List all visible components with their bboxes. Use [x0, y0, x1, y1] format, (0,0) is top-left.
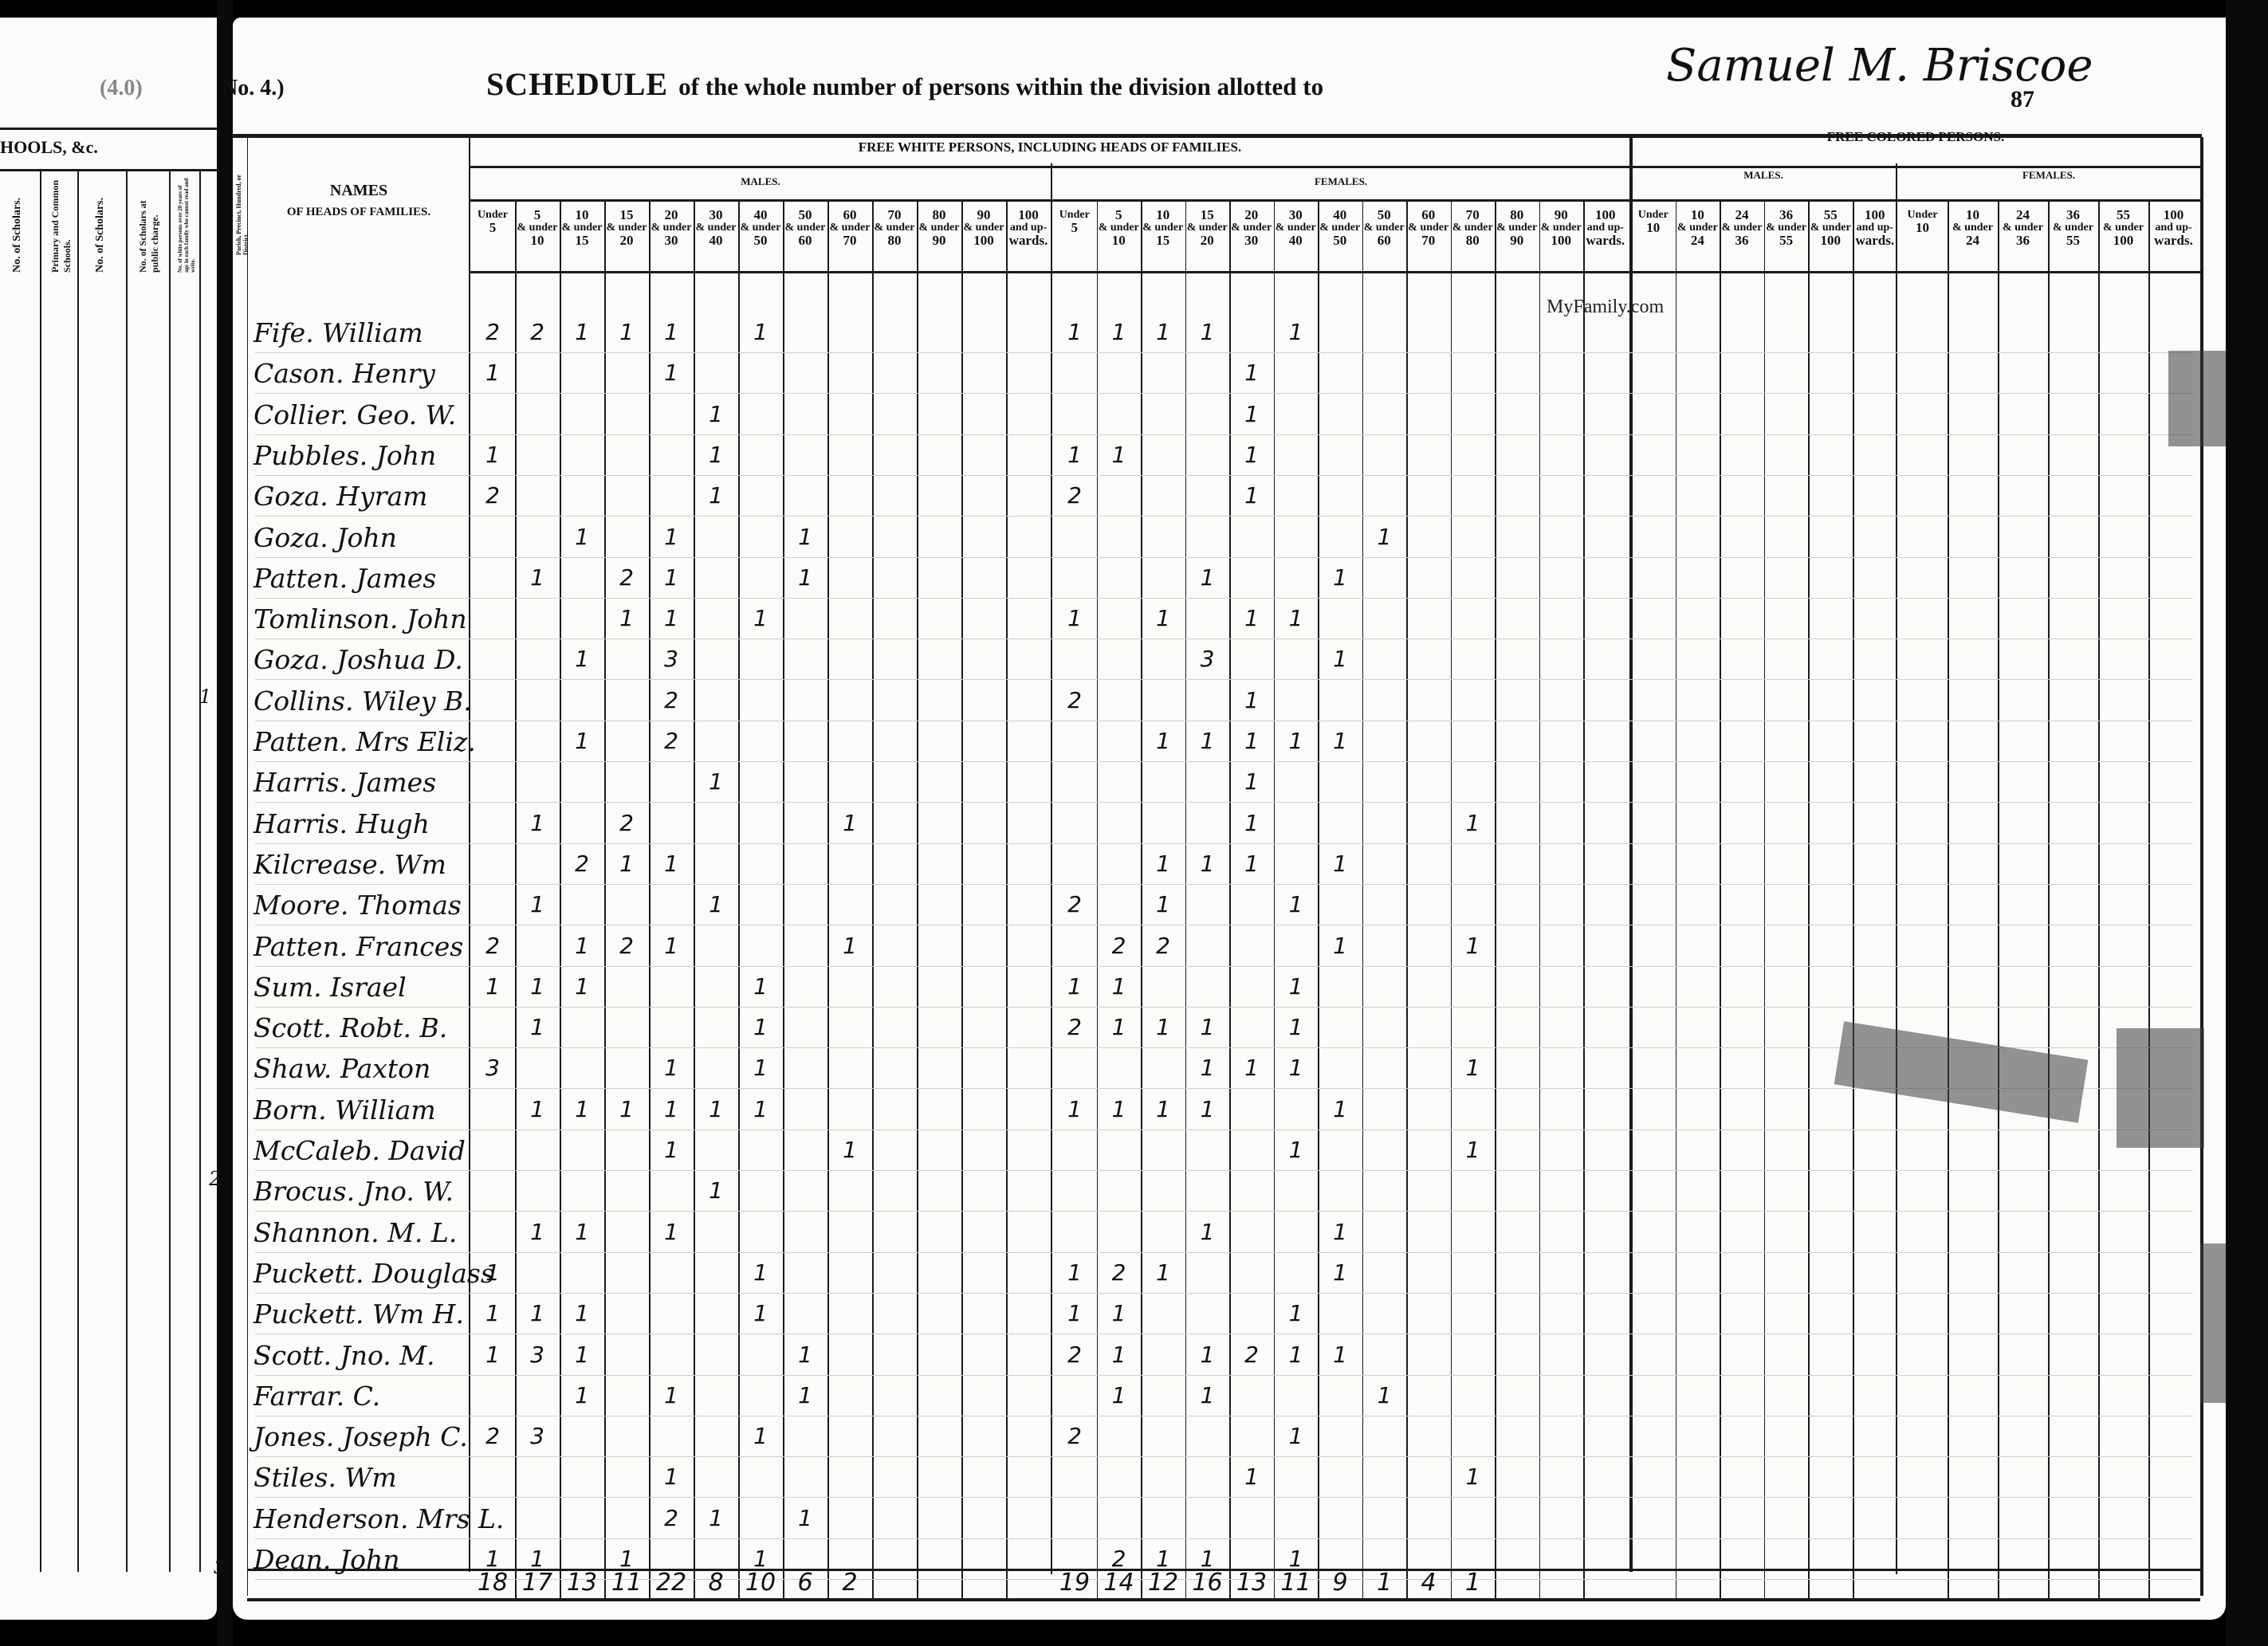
age-label-top: 60 — [827, 209, 872, 222]
row-rule — [255, 1007, 2192, 1008]
white-female-age-col-header: 90& under100 — [1539, 209, 1584, 247]
age-label-bot: wards. — [1006, 234, 1051, 247]
female-count-cell: 1 — [1274, 605, 1319, 631]
col-rule — [199, 169, 201, 1572]
white-male-age-col-header: 80& under90 — [917, 209, 961, 247]
female-count-cell: 2 — [1097, 933, 1142, 959]
male-count-cell: 1 — [649, 605, 694, 631]
female-count-cell: 1 — [1229, 1055, 1274, 1081]
age-label-top: 50 — [1362, 209, 1407, 222]
head-of-family-name: Puckett. Douglass — [254, 1258, 494, 1289]
white-female-age-col-header: 10& under15 — [1141, 209, 1185, 247]
male-total-cell: 18 — [470, 1569, 515, 1597]
title-rest: of the whole number of persons within th… — [678, 73, 1323, 100]
male-count-cell: 3 — [649, 646, 694, 672]
col-rule — [1998, 199, 1999, 1598]
title-bold: SCHEDULE — [486, 66, 668, 102]
row-rule — [255, 966, 2192, 967]
school-col-header: No. of Scholars at public charge. — [137, 177, 161, 273]
age-label-top: 70 — [1451, 209, 1496, 222]
male-count-cell: 1 — [515, 810, 560, 836]
head-of-family-name: Shaw. Paxton — [254, 1053, 430, 1084]
age-label-bot: 100 — [961, 234, 1006, 247]
male-count-cell: 1 — [470, 973, 515, 1000]
male-count-cell: 1 — [738, 1423, 783, 1449]
white-male-age-col-header: Under5 — [470, 209, 515, 234]
male-count-cell: 1 — [827, 810, 872, 836]
female-count-cell: 1 — [1451, 1055, 1496, 1081]
male-count-cell: 1 — [470, 1300, 515, 1326]
age-label-bot: 24 — [1676, 234, 1720, 247]
female-count-cell: 1 — [1274, 1423, 1319, 1449]
colored-female-age-col-header: 100and up-wards. — [2148, 209, 2199, 247]
male-count-cell: 2 — [470, 933, 515, 959]
age-label-top: 60 — [1406, 209, 1451, 222]
male-count-cell: 1 — [738, 1055, 783, 1081]
male-count-cell: 1 — [738, 1300, 783, 1326]
head-of-family-name: Collins. Wiley B. — [254, 686, 472, 717]
male-count-cell: 1 — [515, 1014, 560, 1040]
names-header-top: NAMES — [249, 182, 469, 200]
female-count-cell: 1 — [1229, 359, 1274, 386]
age-label-bot: 40 — [1274, 234, 1319, 247]
male-count-cell: 1 — [827, 933, 872, 959]
age-label-bot: wards. — [2148, 234, 2199, 247]
female-count-cell: 1 — [1318, 850, 1362, 877]
male-count-cell: 1 — [515, 1096, 560, 1122]
age-label-top: 100 — [2148, 209, 2199, 222]
male-count-cell: 1 — [604, 850, 649, 877]
row-rule — [255, 1129, 2192, 1130]
age-label-top: 10 — [560, 209, 604, 222]
col-rule — [2098, 199, 2100, 1598]
age-label-bot: 60 — [1362, 234, 1407, 247]
female-count-cell: 2 — [1052, 891, 1097, 917]
head-of-family-name: Jones. Joseph C. — [254, 1421, 468, 1452]
tape-mark — [2117, 1028, 2204, 1148]
col-rule — [827, 199, 829, 1598]
male-total-cell: 2 — [827, 1569, 872, 1597]
age-label-bot: 20 — [604, 234, 649, 247]
female-count-cell: 1 — [1141, 605, 1185, 631]
head-of-family-name: Fife. William — [254, 317, 423, 348]
male-count-cell: 1 — [560, 1096, 604, 1122]
male-count-cell: 1 — [649, 1382, 694, 1408]
school-col-header: No. of Scholars. — [94, 177, 107, 273]
male-count-cell: 1 — [560, 1300, 604, 1326]
female-count-cell: 1 — [1274, 1342, 1319, 1368]
female-count-cell: 1 — [1052, 1259, 1097, 1286]
female-count-cell: 1 — [1052, 442, 1097, 468]
male-count-cell: 2 — [604, 810, 649, 836]
male-count-cell: 1 — [649, 850, 694, 877]
age-label-top: 70 — [872, 209, 917, 222]
female-total-cell: 1 — [1362, 1569, 1407, 1597]
female-count-cell: 1 — [1141, 1096, 1185, 1122]
male-count-cell: 1 — [694, 891, 738, 917]
colored-males-label: MALES. — [1631, 169, 1896, 182]
col-rule — [872, 199, 874, 1598]
colored-female-age-col-header: 10& under24 — [1948, 209, 1998, 247]
male-total-cell: 6 — [783, 1569, 827, 1597]
female-count-cell: 1 — [1052, 319, 1097, 345]
colored-female-age-col-header: 55& under100 — [2098, 209, 2148, 247]
row-rule — [255, 557, 2192, 558]
female-count-cell: 1 — [1451, 933, 1496, 959]
margin-mark: 2 — [209, 1168, 221, 1190]
male-total-cell: 8 — [694, 1569, 738, 1597]
female-count-cell: 1 — [1185, 1014, 1230, 1040]
colored-male-age-col-header: 36& under55 — [1764, 209, 1809, 247]
white-male-age-col-header: 30& under40 — [694, 209, 738, 247]
female-count-cell: 1 — [1362, 524, 1407, 550]
female-count-cell: 1 — [1097, 1096, 1142, 1122]
col-rule — [1583, 199, 1585, 1598]
female-count-cell: 1 — [1318, 1342, 1362, 1368]
age-label-bot: wards. — [1853, 234, 1897, 247]
col-rule — [1853, 199, 1854, 1598]
age-label-bot: 90 — [917, 234, 961, 247]
male-count-cell: 1 — [649, 564, 694, 591]
male-count-cell: 2 — [470, 1423, 515, 1449]
female-count-cell: 1 — [1274, 1300, 1319, 1326]
female-count-cell: 1 — [1318, 1096, 1362, 1122]
female-count-cell: 1 — [1185, 1342, 1230, 1368]
age-label-bot: 70 — [827, 234, 872, 247]
age-label-bot: 15 — [560, 234, 604, 247]
female-count-cell: 1 — [1097, 1300, 1142, 1326]
female-count-cell: 1 — [1141, 891, 1185, 917]
white-female-age-col-header: 60& under70 — [1406, 209, 1451, 247]
female-total-cell: 16 — [1185, 1569, 1230, 1597]
age-label-top: 40 — [738, 209, 783, 222]
male-count-cell: 1 — [560, 319, 604, 345]
margin-mark: 3 — [214, 1558, 225, 1578]
enumerator-signature: Samuel M. Briscoe — [1666, 40, 2093, 92]
male-count-cell: 1 — [604, 1096, 649, 1122]
female-count-cell: 2 — [1141, 933, 1185, 959]
schools-section-title: HOOLS, &c. — [0, 137, 98, 158]
colored-male-age-col-header: 24& under36 — [1720, 209, 1764, 247]
age-label-bot: 20 — [1185, 234, 1230, 247]
head-of-family-name: Farrar. C. — [254, 1381, 380, 1412]
male-count-cell: 2 — [470, 482, 515, 509]
rule — [0, 128, 217, 130]
female-count-cell: 1 — [1141, 319, 1185, 345]
male-count-cell: 1 — [560, 646, 604, 672]
female-count-cell: 2 — [1052, 1342, 1097, 1368]
male-count-cell: 2 — [649, 687, 694, 713]
age-label-bot: 30 — [649, 234, 694, 247]
age-label-top: 15 — [604, 209, 649, 222]
head-of-family-name: Scott. Jno. M. — [254, 1340, 435, 1371]
names-header-bottom: OF HEADS OF FAMILIES. — [249, 206, 469, 219]
male-count-cell: 2 — [560, 850, 604, 877]
male-count-cell: 1 — [783, 1342, 827, 1368]
female-count-cell: 1 — [1229, 605, 1274, 631]
white-male-age-col-header: 15& under20 — [604, 209, 649, 247]
female-count-cell: 2 — [1052, 1014, 1097, 1040]
row-rule — [255, 679, 2192, 680]
head-of-family-name: Dean. John — [254, 1544, 400, 1575]
age-label-top: 5 — [515, 209, 560, 222]
age-label-bot: 100 — [1539, 234, 1584, 247]
age-label-top: 100 — [1006, 209, 1051, 222]
col-rule — [1539, 199, 1541, 1598]
col-rule — [1764, 199, 1766, 1598]
female-total-cell: 12 — [1141, 1569, 1185, 1597]
male-count-cell: 1 — [694, 1177, 738, 1204]
female-count-cell: 1 — [1185, 1382, 1230, 1408]
male-count-cell: 1 — [515, 1219, 560, 1245]
col-rule — [1495, 199, 1496, 1598]
male-total-cell: 13 — [560, 1569, 604, 1597]
female-count-cell: 1 — [1229, 482, 1274, 509]
head-of-family-name: Sum. Israel — [254, 972, 407, 1003]
female-count-cell: 1 — [1274, 1014, 1319, 1040]
age-label-top: 90 — [961, 209, 1006, 222]
age-label-bot: wards. — [1583, 234, 1628, 247]
district-header: Parish, Precinct, Hundred, or District. — [235, 151, 250, 255]
age-label-top: 90 — [1539, 209, 1584, 222]
age-label-bot: 100 — [2098, 234, 2148, 247]
male-count-cell: 1 — [649, 1219, 694, 1245]
male-count-cell: 1 — [470, 442, 515, 468]
female-count-cell: 1 — [1097, 1382, 1142, 1408]
head-of-family-name: Harris. James — [254, 767, 436, 798]
female-total-cell: 14 — [1097, 1569, 1142, 1597]
female-count-cell: 1 — [1229, 1463, 1274, 1490]
white-female-age-col-header: 80& under90 — [1495, 209, 1539, 247]
rule — [0, 169, 217, 171]
male-count-cell: 1 — [649, 1463, 694, 1490]
white-male-age-col-header: 60& under70 — [827, 209, 872, 247]
female-total-cell: 4 — [1406, 1569, 1451, 1597]
tape-mark — [2200, 1243, 2226, 1403]
female-count-cell: 1 — [1052, 1096, 1097, 1122]
col-rule — [1948, 199, 1949, 1598]
watermark: MyFamily.com — [1547, 297, 1664, 318]
row-rule — [255, 1538, 2192, 1539]
female-count-cell: 1 — [1318, 646, 1362, 672]
row-rule — [255, 1375, 2192, 1376]
female-count-cell: 1 — [1097, 1014, 1142, 1040]
female-count-cell: 1 — [1274, 1055, 1319, 1081]
age-label-top: 100 — [1583, 209, 1628, 222]
head-of-family-name: Pubbles. John — [254, 440, 436, 471]
head-of-family-name: Patten. Frances — [254, 931, 463, 962]
head-of-family-name: Tomlinson. John — [254, 603, 467, 634]
male-count-cell: 1 — [738, 973, 783, 1000]
female-count-cell: 1 — [1097, 1342, 1142, 1368]
female-count-cell: 1 — [1318, 1259, 1362, 1286]
school-col-header: No. of white persons over 20 years of ag… — [177, 177, 196, 273]
female-count-cell: 1 — [1451, 1463, 1496, 1490]
female-count-cell: 1 — [1229, 768, 1274, 795]
white-female-age-col-header: 20& under30 — [1229, 209, 1274, 247]
row-rule — [255, 1211, 2192, 1212]
age-label-bot: 90 — [1495, 234, 1539, 247]
colored-male-age-col-header: Under10 — [1631, 209, 1676, 234]
school-col-header: No. of Scholars. — [11, 177, 24, 273]
male-count-cell: 1 — [560, 973, 604, 1000]
female-total-cell: 19 — [1052, 1569, 1097, 1597]
age-label-bot: 10 — [1897, 222, 1948, 234]
page-edge — [2226, 0, 2268, 1646]
male-count-cell: 1 — [738, 319, 783, 345]
row-rule — [255, 1497, 2192, 1498]
white-female-age-col-header: 100and up-wards. — [1583, 209, 1628, 247]
white-female-age-col-header: 50& under60 — [1362, 209, 1407, 247]
white-male-age-col-header: 20& under30 — [649, 209, 694, 247]
male-count-cell: 1 — [694, 768, 738, 795]
row-rule — [255, 1170, 2192, 1171]
row-rule — [255, 393, 2192, 394]
schedule-title: SCHEDULE of the whole number of persons … — [486, 65, 1323, 103]
female-count-cell: 1 — [1141, 728, 1185, 754]
male-count-cell: 1 — [827, 1137, 872, 1163]
colored-male-age-col-header: 10& under24 — [1676, 209, 1720, 247]
white-female-age-col-header: Under5 — [1052, 209, 1097, 234]
head-of-family-name: Cason. Henry — [254, 358, 435, 389]
col-rule — [604, 199, 606, 1598]
age-label-bot: 10 — [1097, 234, 1142, 247]
male-count-cell: 1 — [604, 319, 649, 345]
rule — [470, 271, 2200, 273]
male-count-cell: 2 — [470, 319, 515, 345]
male-count-cell: 1 — [560, 1382, 604, 1408]
row-rule — [255, 1416, 2192, 1416]
head-of-family-name: Stiles. Wm — [254, 1462, 397, 1493]
male-count-cell: 1 — [649, 933, 694, 959]
male-total-cell: 10 — [738, 1569, 783, 1597]
male-count-cell: 1 — [783, 1505, 827, 1531]
male-count-cell: 1 — [738, 1096, 783, 1122]
head-of-family-name: Kilcrease. Wm — [254, 849, 446, 880]
colored-males-females-rule — [1896, 163, 1897, 1574]
age-label-top: 40 — [1318, 209, 1362, 222]
col-rule — [1676, 199, 1677, 1598]
male-count-cell: 1 — [515, 973, 560, 1000]
female-count-cell: 3 — [1185, 646, 1230, 672]
male-count-cell: 1 — [515, 1300, 560, 1326]
female-count-cell: 1 — [1052, 1300, 1097, 1326]
white-male-age-col-header: 50& under60 — [783, 209, 827, 247]
tape-mark — [2168, 351, 2226, 446]
male-count-cell: 1 — [738, 605, 783, 631]
male-count-cell: 1 — [515, 564, 560, 591]
white-male-age-col-header: 90& under100 — [961, 209, 1006, 247]
col-rule — [2148, 199, 2150, 1598]
head-of-family-name: Born. William — [254, 1094, 436, 1125]
age-label-top: 10 — [1948, 209, 1998, 222]
row-rule — [255, 1252, 2192, 1253]
female-count-cell: 1 — [1229, 442, 1274, 468]
male-count-cell: 1 — [515, 891, 560, 917]
row-rule — [255, 721, 2192, 721]
age-label-bot: 15 — [1141, 234, 1185, 247]
age-label-top: 80 — [917, 209, 961, 222]
colored-females-label: FEMALES. — [1897, 169, 2200, 182]
female-count-cell: 1 — [1185, 850, 1230, 877]
age-label-top: 24 — [1720, 209, 1764, 222]
row-rule — [255, 761, 2192, 762]
female-count-cell: 2 — [1097, 1259, 1142, 1286]
age-label-top: 36 — [2048, 209, 2098, 222]
female-count-cell: 1 — [1185, 319, 1230, 345]
side-col-rule — [247, 137, 248, 1596]
female-count-cell: 1 — [1229, 687, 1274, 713]
female-count-cell: 1 — [1229, 810, 1274, 836]
female-count-cell: 1 — [1141, 1259, 1185, 1286]
male-count-cell: 3 — [515, 1423, 560, 1449]
female-count-cell: 1 — [1274, 973, 1319, 1000]
male-total-cell: 22 — [649, 1569, 694, 1597]
age-label-top: 20 — [1229, 209, 1274, 222]
row-rule — [255, 475, 2192, 476]
male-count-cell: 1 — [470, 1342, 515, 1368]
page-number: 87 — [2011, 86, 2034, 113]
row-rule — [255, 884, 2192, 885]
female-count-cell: 1 — [1097, 442, 1142, 468]
female-count-cell: 1 — [1185, 1219, 1230, 1245]
row-rule — [255, 1293, 2192, 1294]
female-count-cell: 1 — [1229, 850, 1274, 877]
white-male-age-col-header: 100and up-wards. — [1006, 209, 1051, 247]
female-total-cell: 11 — [1274, 1569, 1319, 1597]
age-label-bot: 100 — [1808, 234, 1853, 247]
age-label-top: 55 — [2098, 209, 2148, 222]
male-count-cell: 2 — [604, 933, 649, 959]
col-rule — [77, 169, 79, 1572]
col-rule — [1808, 199, 1810, 1598]
row-rule — [255, 925, 2192, 925]
female-count-cell: 1 — [1141, 850, 1185, 877]
head-of-family-name: Puckett. Wm H. — [254, 1298, 464, 1330]
white-female-age-col-header: 30& under40 — [1274, 209, 1319, 247]
row-rule — [255, 434, 2192, 435]
male-count-cell: 2 — [649, 1505, 694, 1531]
age-label-bot: 50 — [1318, 234, 1362, 247]
female-count-cell: 1 — [1097, 973, 1142, 1000]
male-count-cell: 2 — [515, 319, 560, 345]
white-male-age-col-header: 10& under15 — [560, 209, 604, 247]
male-count-cell: 1 — [470, 1259, 515, 1286]
male-count-cell: 1 — [738, 1014, 783, 1040]
male-count-cell: 1 — [783, 524, 827, 550]
row-rule — [255, 516, 2192, 517]
female-count-cell: 1 — [1318, 728, 1362, 754]
age-label-top: 15 — [1185, 209, 1230, 222]
left-page-label: (4.0) — [100, 76, 143, 101]
male-count-cell: 3 — [470, 1055, 515, 1081]
age-label-bot: 60 — [783, 234, 827, 247]
col-rule — [917, 199, 918, 1598]
age-label-bot: 10 — [515, 234, 560, 247]
female-count-cell: 1 — [1318, 1219, 1362, 1245]
head-of-family-name: Scott. Robt. B. — [254, 1012, 447, 1043]
col-rule — [1451, 199, 1452, 1598]
row-rule — [255, 1456, 2192, 1457]
age-label-bot: 55 — [1764, 234, 1809, 247]
male-count-cell: 1 — [694, 1505, 738, 1531]
female-count-cell: 1 — [1362, 1382, 1407, 1408]
age-label-bot: 10 — [1631, 222, 1676, 234]
white-female-age-col-header: 5& under10 — [1097, 209, 1142, 247]
head-of-family-name: Shannon. M. L. — [254, 1217, 457, 1248]
female-count-cell: 1 — [1185, 728, 1230, 754]
female-count-cell: 1 — [1052, 973, 1097, 1000]
